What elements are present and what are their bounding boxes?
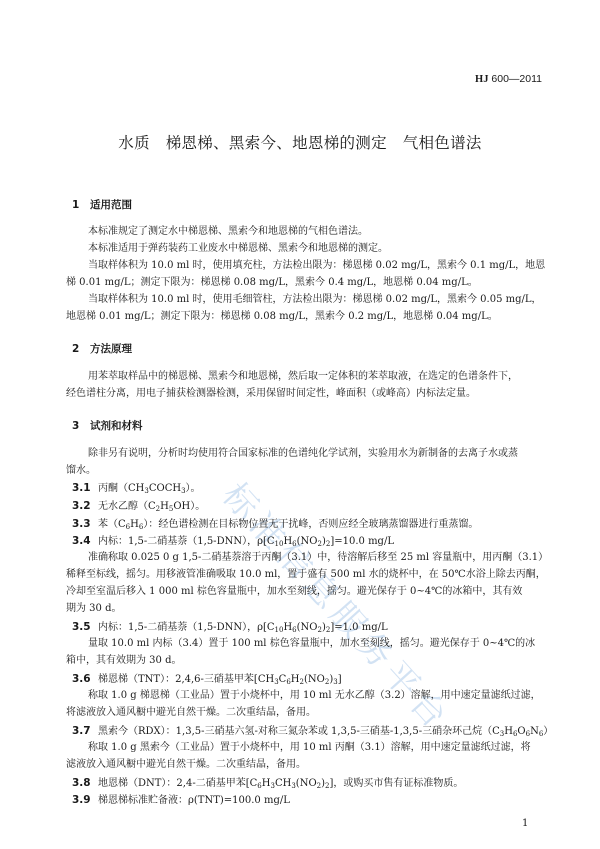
paragraph-line: 将滤液放入通风橱中避光自然干燥。二次重结晶，备用。 [66,706,316,720]
paragraph-line: 馏水。 [66,464,96,478]
clause-3-1: 3.1丙酮（CH3COCH3）。 [72,481,201,496]
clause-3-4: 3.4内标：1,5-二硝基萘（1,5-DNN），ρ[C10H6(NO2)2]=1… [72,534,394,549]
paragraph-line: 称取 1.0 g 梯恩梯（工业品）置于小烧杯中，用 10 ml 无水乙醇（3.2… [88,689,541,703]
clause-3-8: 3.8地恩梯（DNT）：2,4-二硝基甲苯[C6H3CH3(NO2)2]，或购买… [72,776,463,791]
clause-3-2: 3.2无水乙醇（C2H5OH）。 [72,499,205,514]
paragraph-line: 当取样体积为 10.0 ml 时，使用填充柱，方法检出限为：梯恩梯 0.02 m… [88,259,545,273]
paragraph-line: 量取 10.0 ml 内标（3.4）置于 100 ml 棕色容量瓶中，加水至刻线… [88,637,535,651]
paragraph-line: 地恩梯 0.01 mg/L；测定下限为：梯恩梯 0.08 mg/L，黑索今 0.… [66,310,498,324]
page-number: 1 [522,818,528,829]
section-heading-3: 3试剂和材料 [72,418,143,433]
paragraph-line: 梯 0.01 mg/L；测定下限为：梯恩梯 0.08 mg/L，黑索今 0.4 … [66,276,478,290]
clause-3-3: 3.3苯（C6H6）：经色谱检测在目标物位置无干扰峰，否则应经全玻璃蒸馏器进行重… [72,517,478,532]
standard-code: HJ 600—2011 [475,73,542,85]
document-title: 水质 梯恩梯、黑索今、地恩梯的测定 气相色谱法 [0,131,600,153]
paragraph-line: 滤液放入通风橱中避光自然干燥。二次重结晶，备用。 [66,758,306,772]
paragraph-line: 准确称取 0.025 0 g 1,5-二硝基萘溶于丙酮（3.1）中，待溶解后移至… [88,551,548,565]
clause-3-5: 3.5内标：1,5-二硝基萘（1,5-DNN），ρ[C10H6(NO2)2]=1… [72,620,388,635]
section-heading-2: 2方法原理 [72,341,132,356]
clause-3-6: 3.6梯恩梯（TNT）：2,4,6-三硝基甲苯[CH3C6H2(NO2)3] [72,672,342,687]
paragraph-line: 本标准适用于弹药装药工业废水中梯恩梯、黑索今和地恩梯的测定。 [88,242,388,256]
paragraph-line: 本标准规定了测定水中梯恩梯、黑索今和地恩梯的气相色谱法。 [88,225,368,239]
standard-prefix: HJ [475,74,488,85]
clause-3-9: 3.9梯恩梯标准贮备液：ρ(TNT)=100.0 mg/L [72,793,290,808]
paragraph-line: 经色谱柱分离，用电子捕获检测器检测，采用保留时间定性，峰面积（或峰高）内标法定量… [66,387,476,401]
section-heading-1: 1适用范围 [72,197,132,212]
clause-3-7: 3.7黑索今（RDX）：1,3,5-三硝基六氢-对称三氮杂苯或 1,3,5-三硝… [72,724,553,739]
paragraph-line: 用苯萃取样品中的梯恩梯、黑索今和地恩梯，然后取一定体积的苯萃取液，在选定的色谱条… [88,370,518,384]
paragraph-line: 当取样体积为 10.0 ml 时，使用毛细管柱，方法检出限为：梯恩梯 0.02 … [88,293,542,307]
paragraph-line: 冷却至室温后移入 1 000 ml 棕色容量瓶中，加水至刻线，摇匀。避光保存于 … [66,585,522,599]
paragraph-line: 期为 30 d。 [66,602,121,616]
paragraph-line: 稀释至标线，摇匀。用移液管准确吸取 10.0 ml，置于盛有 500 ml 水的… [66,568,546,582]
paragraph-line: 箱中，其有效期为 30 d。 [66,654,181,668]
paragraph-line: 除非另有说明，分析时均使用符合国家标准的色谱纯化学试剂，实验用水为新制备的去离子… [88,447,518,461]
paragraph-line: 称取 1.0 g 黑索今（工业品）置于小烧杯中，用 10 ml 丙酮（3.1）溶… [88,741,531,755]
standard-number: 600—2011 [491,73,542,85]
